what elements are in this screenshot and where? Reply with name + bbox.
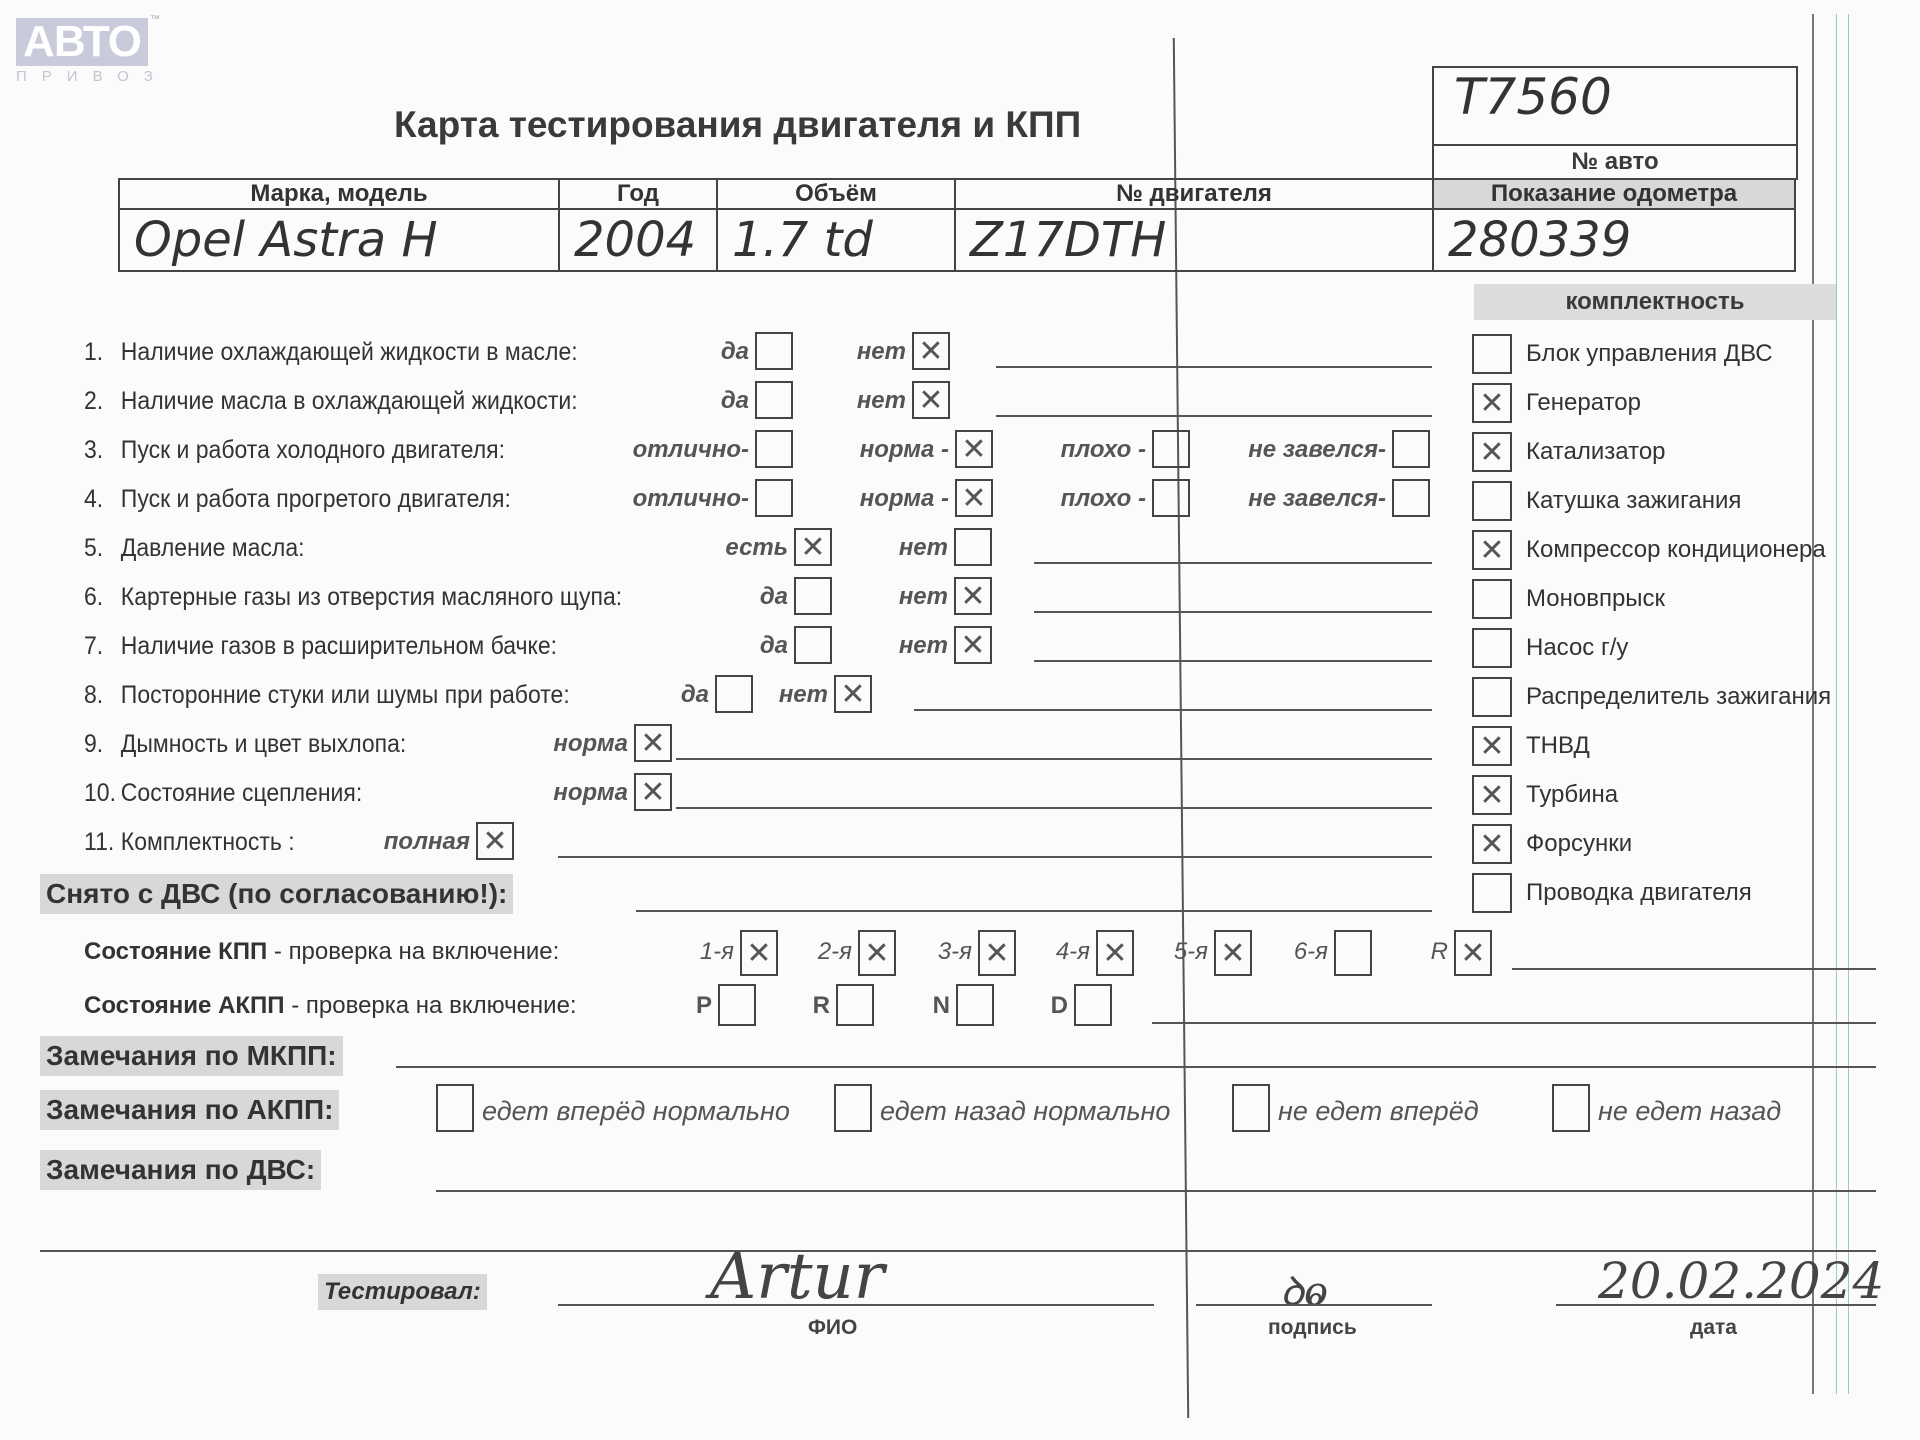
komplektnost-checkbox[interactable] — [1472, 432, 1512, 472]
komplektnost-header: комплектность — [1474, 284, 1836, 320]
komplektnost-item-label: Катушка зажигания — [1526, 487, 1741, 515]
akpp-remark-label: едет вперёд нормально — [482, 1096, 790, 1127]
question-text: Посторонние стуки или шумы при работе: — [121, 681, 570, 709]
option-label: нет — [857, 338, 906, 366]
akpp-remark-checkbox[interactable] — [834, 1084, 872, 1132]
mode-checkbox[interactable] — [1074, 984, 1112, 1026]
komplektnost-item-label: Проводка двигателя — [1526, 879, 1752, 907]
col-odometer: Показание одометра — [1433, 179, 1795, 209]
question-number: 9. — [84, 730, 121, 759]
logo-trademark: ™ — [150, 14, 160, 25]
question-text: Наличие охлаждающей жидкости в масле: — [121, 338, 578, 366]
notes-line[interactable] — [676, 807, 1432, 809]
col-volume: Объём — [717, 179, 955, 209]
date-caption: дата — [1690, 1316, 1737, 1340]
kpp-input-line[interactable] — [1512, 968, 1876, 970]
question-text: Картерные газы из отверстия масляного щу… — [121, 583, 622, 611]
option-label: да — [760, 583, 788, 611]
gear-label: R — [1431, 938, 1448, 966]
option-checkbox[interactable] — [1152, 479, 1190, 517]
komplektnost-checkbox[interactable] — [1472, 383, 1512, 423]
komplektnost-checkbox[interactable] — [1472, 873, 1512, 913]
option-checkbox[interactable] — [954, 626, 992, 664]
gear-checkbox[interactable] — [858, 930, 896, 976]
akpp-remark-label: едет назад нормально — [880, 1096, 1170, 1127]
option-label: норма — [553, 730, 628, 758]
gear-checkbox[interactable] — [978, 930, 1016, 976]
mode-checkbox[interactable] — [836, 984, 874, 1026]
akpp-remark-label: не едет вперёд — [1278, 1096, 1479, 1127]
komplektnost-item-label: Катализатор — [1526, 438, 1666, 466]
komplektnost-item-label: Компрессор кондиционера — [1526, 536, 1826, 564]
logo-subtitle: ПРИВОЗ — [16, 68, 168, 85]
option-checkbox[interactable] — [955, 479, 993, 517]
komplektnost-checkbox[interactable] — [1472, 579, 1512, 619]
option-checkbox[interactable] — [794, 626, 832, 664]
notes-line[interactable] — [1034, 660, 1432, 662]
date-line — [1556, 1304, 1876, 1306]
question-row: 5.Давление масла: — [84, 534, 305, 563]
col-year: Год — [559, 179, 717, 209]
question-text: Наличие газов в расширительном бачке: — [121, 632, 557, 660]
akpp-remark-checkbox[interactable] — [1552, 1084, 1590, 1132]
option-label: отлично- — [633, 485, 749, 513]
question-number: 2. — [84, 387, 121, 416]
tested-by-label: Тестировал: — [318, 1274, 487, 1310]
question-row: 6.Картерные газы из отверстия масляного … — [84, 583, 622, 612]
gear-checkbox[interactable] — [1454, 930, 1492, 976]
notes-line[interactable] — [1034, 611, 1432, 613]
question-row: 1.Наличие охлаждающей жидкости в масле: — [84, 338, 578, 367]
question-text: Состояние сцепления: — [121, 779, 362, 807]
komplektnost-checkbox[interactable] — [1472, 824, 1512, 864]
gear-label: 2-я — [818, 938, 852, 966]
signature-line — [1196, 1304, 1432, 1306]
gear-label: 4-я — [1056, 938, 1090, 966]
question-row: 4.Пуск и работа прогретого двигателя: — [84, 485, 511, 514]
option-label: нет — [899, 583, 948, 611]
question-row: 11.Комплектность : — [84, 828, 295, 857]
mode-checkbox[interactable] — [718, 984, 756, 1026]
odometer-value[interactable]: 280339 — [1433, 209, 1795, 271]
akpp-input-line[interactable] — [1152, 1022, 1876, 1024]
question-number: 7. — [84, 632, 121, 661]
komplektnost-checkbox[interactable] — [1472, 530, 1512, 570]
notes-line[interactable] — [996, 415, 1432, 417]
question-number: 3. — [84, 436, 121, 465]
notes-line[interactable] — [996, 366, 1432, 368]
option-checkbox[interactable] — [715, 675, 753, 713]
komplektnost-item-label: Насос г/у — [1526, 634, 1628, 662]
option-label: да — [721, 387, 749, 415]
option-label: нет — [779, 681, 828, 709]
option-label: не завелся- — [1248, 485, 1386, 513]
komplektnost-item-label: Форсунки — [1526, 830, 1632, 858]
notes-line[interactable] — [558, 856, 1432, 858]
option-label: да — [681, 681, 709, 709]
option-label: нет — [857, 387, 906, 415]
komplektnost-checkbox[interactable] — [1472, 677, 1512, 717]
komplektnost-item-label: Турбина — [1526, 781, 1618, 809]
option-checkbox[interactable] — [476, 822, 514, 860]
question-text: Пуск и работа прогретого двигателя: — [121, 485, 511, 513]
question-row: 10.Состояние сцепления: — [84, 779, 362, 808]
option-label: полная — [384, 828, 470, 856]
komplektnost-checkbox[interactable] — [1472, 628, 1512, 668]
mode-label: D — [1051, 992, 1068, 1020]
question-text: Наличие масла в охлаждающей жидкости: — [121, 387, 578, 415]
tester-name-value[interactable]: Artur — [710, 1240, 884, 1314]
tester-name-caption: ФИО — [808, 1316, 857, 1340]
akpp-remark-checkbox[interactable] — [436, 1084, 474, 1132]
option-label: есть — [725, 534, 788, 562]
komplektnost-checkbox[interactable] — [1472, 775, 1512, 815]
gear-checkbox[interactable] — [1096, 930, 1134, 976]
remarks-dvs-line[interactable] — [436, 1190, 1876, 1192]
komplektnost-item-label: Распределитель зажигания — [1526, 683, 1831, 711]
option-label: нет — [899, 632, 948, 660]
option-checkbox[interactable] — [954, 577, 992, 615]
option-checkbox[interactable] — [955, 430, 993, 468]
gear-label: 6-я — [1294, 938, 1328, 966]
auto-number-label: № авто — [1434, 146, 1796, 178]
col-make-model: Марка, модель — [119, 179, 559, 209]
col-engine-number: № двигателя — [955, 179, 1433, 209]
option-checkbox[interactable] — [634, 724, 672, 762]
option-label: норма — [553, 779, 628, 807]
question-number: 1. — [84, 338, 121, 367]
question-row: 9.Дымность и цвет выхлопа: — [84, 730, 406, 759]
option-checkbox[interactable] — [794, 577, 832, 615]
mode-label: R — [813, 992, 830, 1020]
removed-section-label: Снято с ДВС (по согласованию!): — [40, 874, 513, 914]
notes-line[interactable] — [914, 709, 1432, 711]
akpp-remark-checkbox[interactable] — [1232, 1084, 1270, 1132]
scan-edge-line — [1836, 14, 1837, 1394]
question-number: 4. — [84, 485, 121, 514]
logo: АВТО — [16, 18, 148, 66]
auto-number-value[interactable]: T7560 — [1434, 68, 1796, 146]
option-checkbox[interactable] — [912, 381, 950, 419]
option-checkbox[interactable] — [954, 528, 992, 566]
option-checkbox[interactable] — [912, 332, 950, 370]
option-checkbox[interactable] — [755, 430, 793, 468]
option-checkbox[interactable] — [834, 675, 872, 713]
question-number: 8. — [84, 681, 121, 710]
remarks-mkpp-line[interactable] — [396, 1066, 1876, 1068]
komplektnost-checkbox[interactable] — [1472, 334, 1512, 374]
remarks-akpp-label: Замечания по АКПП: — [40, 1090, 339, 1130]
engine-number-value[interactable]: Z17DTH — [955, 209, 1433, 271]
signature-caption: подпись — [1268, 1316, 1357, 1340]
option-label: норма - — [860, 436, 949, 464]
gear-checkbox[interactable] — [1334, 930, 1372, 976]
mode-label: P — [696, 992, 712, 1020]
akpp-label: Состояние АКПП - проверка на включение: — [84, 992, 577, 1020]
question-row: 8.Посторонние стуки или шумы при работе: — [84, 681, 570, 710]
gear-label: 3-я — [938, 938, 972, 966]
option-label: отлично- — [633, 436, 749, 464]
komplektnost-item-label: Генератор — [1526, 389, 1641, 417]
volume-value[interactable]: 1.7 td — [717, 209, 955, 271]
vehicle-info-table: Марка, модель Год Объём № двигателя Пока… — [118, 178, 1796, 272]
auto-number-box: T7560 № авто — [1432, 66, 1798, 180]
komplektnost-checkbox[interactable] — [1472, 481, 1512, 521]
option-label: плохо - — [1061, 436, 1146, 464]
page-title: Карта тестирования двигателя и КПП — [394, 104, 1081, 146]
remarks-mkpp-label: Замечания по МКПП: — [40, 1036, 343, 1076]
notes-line[interactable] — [676, 758, 1432, 760]
question-number: 5. — [84, 534, 121, 563]
date-value[interactable]: 20.02.2024 — [1598, 1252, 1884, 1310]
option-label: плохо - — [1061, 485, 1146, 513]
question-row: 2.Наличие масла в охлаждающей жидкости: — [84, 387, 578, 416]
scan-edge-line — [1848, 14, 1849, 1394]
gear-label: 5-я — [1174, 938, 1208, 966]
kpp-label: Состояние КПП - проверка на включение: — [84, 938, 559, 966]
option-checkbox[interactable] — [1392, 479, 1430, 517]
question-text: Давление масла: — [121, 534, 305, 562]
make-model-value[interactable]: Opel Astra H — [119, 209, 559, 271]
question-number: 6. — [84, 583, 121, 612]
mode-checkbox[interactable] — [956, 984, 994, 1026]
question-text: Дымность и цвет выхлопа: — [121, 730, 407, 758]
option-label: да — [760, 632, 788, 660]
mode-label: N — [933, 992, 950, 1020]
komplektnost-item-label: Блок управления ДВС — [1526, 340, 1773, 368]
option-checkbox[interactable] — [755, 381, 793, 419]
notes-line[interactable] — [1034, 562, 1432, 564]
remarks-dvs-label: Замечания по ДВС: — [40, 1150, 321, 1190]
option-label: да — [721, 338, 749, 366]
question-number: 10. — [84, 779, 121, 808]
question-row: 3.Пуск и работа холодного двигателя: — [84, 436, 505, 465]
komplektnost-item-label: Моновпрыск — [1526, 585, 1665, 613]
option-checkbox[interactable] — [755, 479, 793, 517]
signature-value[interactable]: ꝺⱺ — [1280, 1262, 1328, 1317]
year-value[interactable]: 2004 — [559, 209, 717, 271]
option-label: норма - — [860, 485, 949, 513]
tester-name-line — [558, 1304, 1154, 1306]
gear-checkbox[interactable] — [1214, 930, 1252, 976]
option-checkbox[interactable] — [1152, 430, 1190, 468]
komplektnost-checkbox[interactable] — [1472, 726, 1512, 766]
komplektnost-item-label: ТНВД — [1526, 732, 1590, 760]
akpp-remark-label: не едет назад — [1598, 1096, 1781, 1127]
option-checkbox[interactable] — [634, 773, 672, 811]
gear-checkbox[interactable] — [740, 930, 778, 976]
question-number: 11. — [84, 828, 121, 857]
option-label: нет — [899, 534, 948, 562]
option-checkbox[interactable] — [794, 528, 832, 566]
option-checkbox[interactable] — [1392, 430, 1430, 468]
removed-input-line[interactable] — [636, 910, 1432, 912]
question-text: Пуск и работа холодного двигателя: — [121, 436, 505, 464]
question-row: 7.Наличие газов в расширительном бачке: — [84, 632, 557, 661]
question-text: Комплектность : — [121, 828, 295, 856]
gear-label: 1-я — [700, 938, 734, 966]
option-checkbox[interactable] — [755, 332, 793, 370]
option-label: не завелся- — [1248, 436, 1386, 464]
